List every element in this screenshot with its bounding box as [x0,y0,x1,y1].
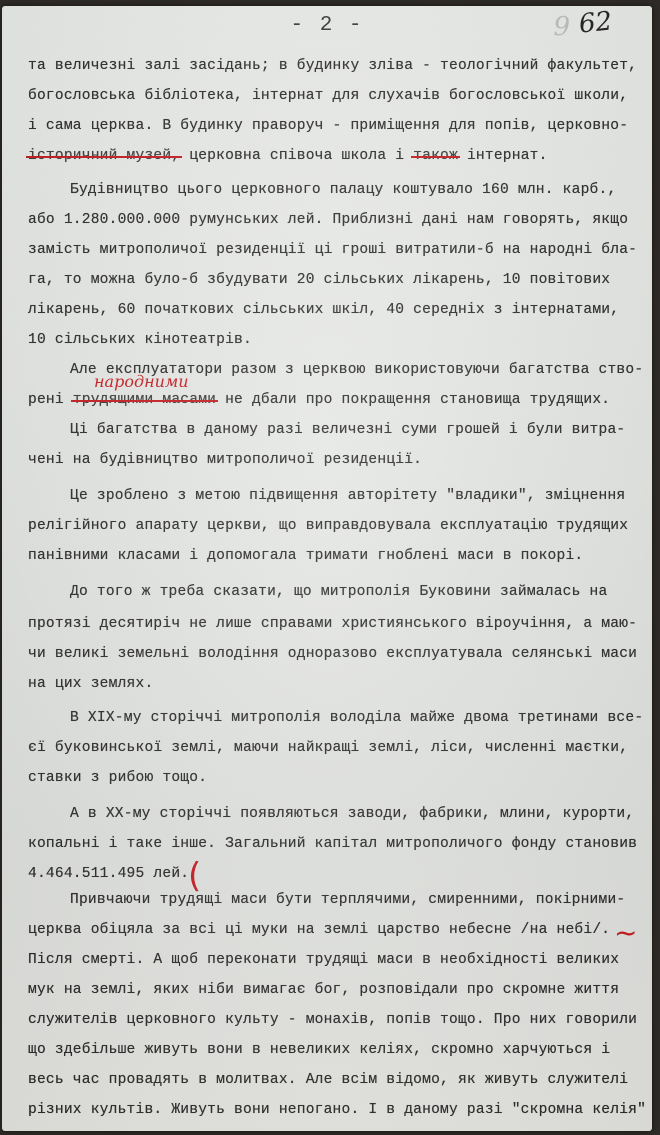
text-line: Ці багатства в даному разі величезні сум… [70,422,638,438]
text-line-with-edits: рені трудящими масами не дбали про покра… [28,392,638,408]
text-line: чені на будівництво митрополичої резиден… [28,452,638,468]
text-line: панівними класами і допомогала тримати г… [28,548,638,564]
red-squiggle-mark: ~ [614,916,637,949]
text-fragment: церковна співоча школа і [180,148,413,164]
text-line: єї буковинської землі, маючи найкращі зе… [28,740,638,756]
text-line: Привчаючи трудящі маси бути терплячими, … [70,892,638,908]
text-line: весь час провадять в молитвах. Але всім … [28,1072,638,1088]
text-line-with-edits: історичний музей, церковна співоча школа… [28,148,638,164]
text-line: ставки з рибою тощо. [28,770,638,786]
text-line: га, то можна було-б збудувати 20 сільськ… [28,272,638,288]
document-page: 9 62 - 2 - та величезні залі засідань; в… [2,6,652,1131]
text-line: мук на землі, яких ніби вимагає бог, роз… [28,982,638,998]
text-line: служителів церковного культу - монахів, … [28,1012,638,1028]
text-fragment: рені [28,392,73,408]
text-line: протязі десятиріч не лише справами христ… [28,616,638,632]
struck-text: трудящими масами [73,392,216,408]
text-line: чи великі земельні володіння одноразово … [28,646,638,662]
text-line: і сама церква. В будинку праворуч - прим… [28,118,638,134]
text-line: на цих землях. [28,676,638,692]
text-line: церква обіцяла за всі ці муки на землі ц… [28,922,638,938]
text-line: В XIX-му сторіччі митрополія володіла ма… [70,710,638,726]
text-line: що здебільше живуть вони в невеликих кел… [28,1042,638,1058]
struck-text: історичний музей, [28,148,180,164]
red-bracket-mark: ( [188,856,201,896]
text-fragment: не дбали про покращення становища трудящ… [216,392,610,408]
text-line: 4.464.511.495 лей. [28,866,638,882]
text-line: копальні і таке інше. Загальний капітал … [28,836,638,852]
handwritten-insertion: народними [94,372,189,391]
text-line: Це зроблено з метою підвищення авторітет… [70,488,638,504]
text-line: богословська бібліотека, інтернат для сл… [28,88,638,104]
text-line: лікарень, 60 початкових сільських шкіл, … [28,302,638,318]
text-line: різних культів. Живуть вони непогано. І … [28,1102,638,1118]
page-number: - 2 - [2,14,652,37]
struck-text: також [413,148,458,164]
text-line: або 1.280.000.000 румунських лей. Прибли… [28,212,638,228]
text-line: А в XX-му сторіччі появляються заводи, ф… [70,806,638,822]
text-line: релігійного апарату церкви, що виправдов… [28,518,638,534]
text-line: Будівництво цього церковного палацу кошт… [70,182,638,198]
text-line: 10 сільських кінотеатрів. [28,332,638,348]
text-line: замість митрополичої резиденції ці гроші… [28,242,638,258]
text-fragment: інтернат. [458,148,548,164]
text-line: Після смерті. А щоб переконати трудящі м… [28,952,638,968]
text-line: та величезні залі засідань; в будинку зл… [28,58,638,74]
text-line: До того ж треба сказати, що митрополія Б… [70,584,638,600]
